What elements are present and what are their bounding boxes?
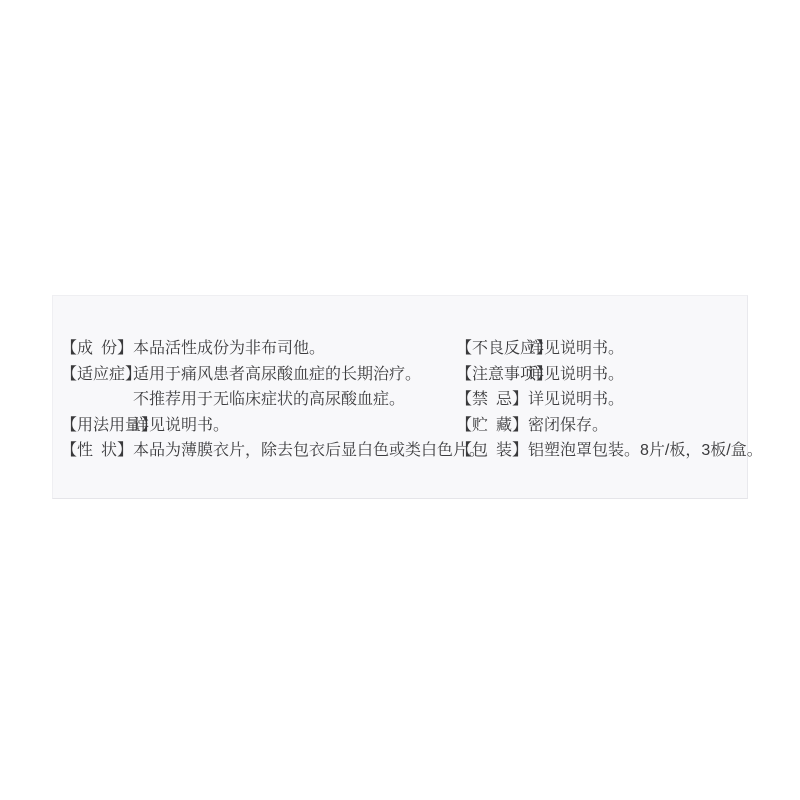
bracket-close: 】 xyxy=(117,336,133,362)
field-value: 不推荐用于无临床症状的高尿酸血症。 xyxy=(133,387,405,413)
spec-row-dosage: 【用法用量】 详见说明书。 xyxy=(61,413,461,439)
field-value: 本品为薄膜衣片，除去包衣后显白色或类白色片。 xyxy=(133,438,485,464)
spec-row-description: 【性状】 本品为薄膜衣片，除去包衣后显白色或类白色片。 xyxy=(61,438,461,464)
bracket-open: 【 xyxy=(61,336,77,362)
field-value: 详见说明书。 xyxy=(133,413,229,439)
spec-column-left: 【成份】 本品活性成份为非布司他。 【适应症】 适用于痛风患者高尿酸血症的长期治… xyxy=(61,336,461,464)
field-label: 【适应症】 xyxy=(61,362,133,388)
bracket-open: 【 xyxy=(61,438,77,464)
bracket-open: 【 xyxy=(456,336,472,362)
field-value: 本品活性成份为非布司他。 xyxy=(133,336,325,362)
bracket-close: 】 xyxy=(512,413,528,439)
bracket-open: 【 xyxy=(456,387,472,413)
field-label-text: 包装 xyxy=(472,438,512,464)
field-label-text: 贮藏 xyxy=(472,413,512,439)
spec-column-right: 【不良反应】 详见说明书。 【注意事项】 详见说明书。 【禁忌】 详见说明书。 … xyxy=(456,336,746,464)
field-label: 【不良反应】 xyxy=(456,336,528,362)
field-label: 【注意事项】 xyxy=(456,362,528,388)
spec-row-contraindications: 【禁忌】 详见说明书。 xyxy=(456,387,746,413)
field-label: 【性状】 xyxy=(61,438,133,464)
field-label: 【成份】 xyxy=(61,336,133,362)
field-label: 【用法用量】 xyxy=(61,413,133,439)
field-label-text: 用法用量 xyxy=(77,413,141,439)
bracket-open: 【 xyxy=(456,362,472,388)
bracket-close: 】 xyxy=(117,438,133,464)
spec-row-indications: 【适应症】 适用于痛风患者高尿酸血症的长期治疗。 xyxy=(61,362,461,388)
field-value: 铝塑泡罩包装。8片/板，3板/盒。 xyxy=(528,438,763,464)
bracket-open: 【 xyxy=(456,413,472,439)
bracket-open: 【 xyxy=(61,413,77,439)
field-label: 【禁忌】 xyxy=(456,387,528,413)
field-value: 详见说明书。 xyxy=(528,336,624,362)
field-value: 详见说明书。 xyxy=(528,387,624,413)
field-label-text: 性状 xyxy=(77,438,117,464)
field-label-text: 成份 xyxy=(77,336,117,362)
bracket-close: 】 xyxy=(512,387,528,413)
spec-row-ingredients: 【成份】 本品活性成份为非布司他。 xyxy=(61,336,461,362)
bracket-close: 】 xyxy=(512,438,528,464)
field-value: 适用于痛风患者高尿酸血症的长期治疗。 xyxy=(133,362,421,388)
field-value: 密闭保存。 xyxy=(528,413,608,439)
field-label: 【包装】 xyxy=(456,438,528,464)
field-label-text: 注意事项 xyxy=(472,362,536,388)
field-label-text: 禁忌 xyxy=(472,387,512,413)
spec-row-precautions: 【注意事项】 详见说明书。 xyxy=(456,362,746,388)
spec-row-packaging: 【包装】 铝塑泡罩包装。8片/板，3板/盒。 xyxy=(456,438,746,464)
package-back-panel: 【成份】 本品活性成份为非布司他。 【适应症】 适用于痛风患者高尿酸血症的长期治… xyxy=(52,295,748,499)
field-label-text: 适应症 xyxy=(77,362,125,388)
spec-row-adverse-reactions: 【不良反应】 详见说明书。 xyxy=(456,336,746,362)
field-label-text: 不良反应 xyxy=(472,336,536,362)
product-photo: 【成份】 本品活性成份为非布司他。 【适应症】 适用于痛风患者高尿酸血症的长期治… xyxy=(0,0,800,800)
bracket-open: 【 xyxy=(61,362,77,388)
field-label: 【贮藏】 xyxy=(456,413,528,439)
spec-row-storage: 【贮藏】 密闭保存。 xyxy=(456,413,746,439)
spec-row-indications-line2: 不推荐用于无临床症状的高尿酸血症。 xyxy=(61,387,461,413)
field-value: 详见说明书。 xyxy=(528,362,624,388)
bracket-open: 【 xyxy=(456,438,472,464)
